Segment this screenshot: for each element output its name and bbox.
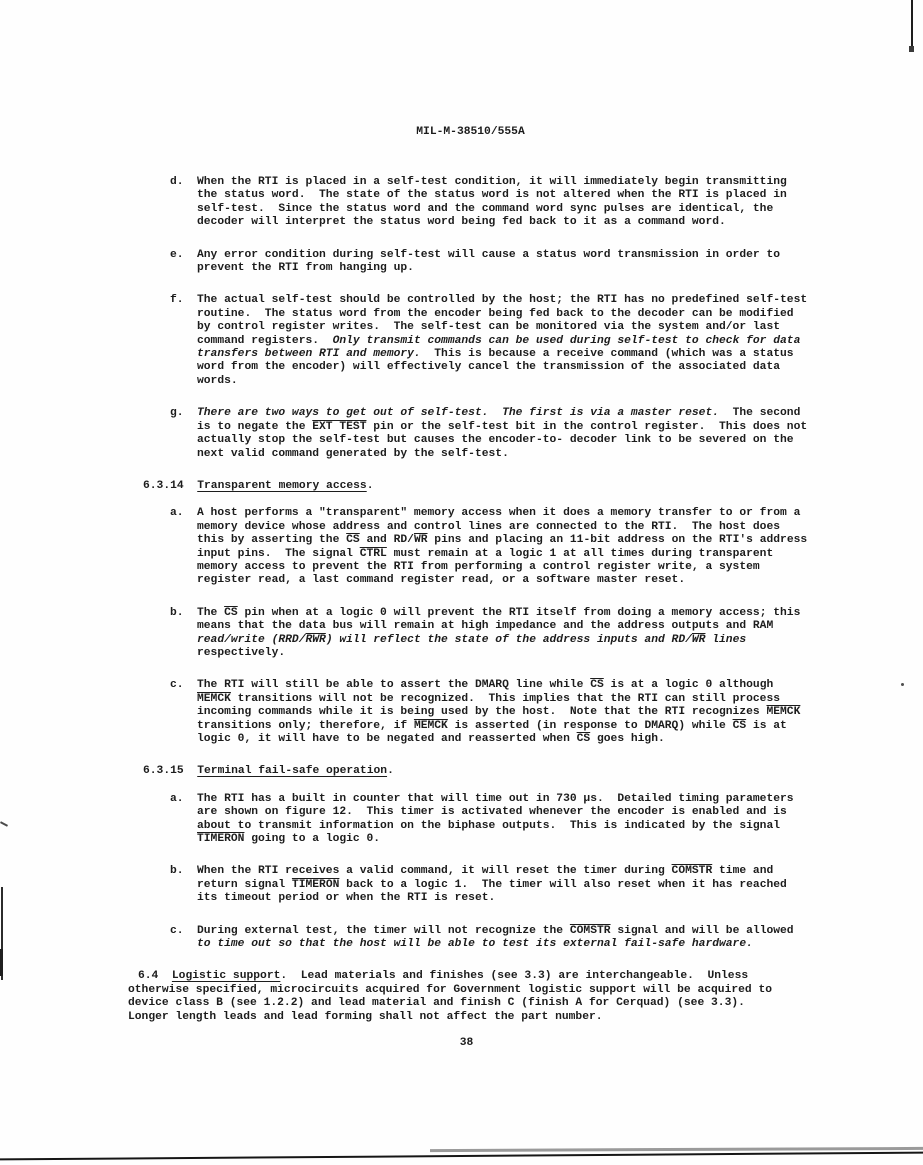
text-run: transitions will not be recognized. This… — [197, 693, 787, 718]
document-header: MIL-M-38510/555A — [0, 126, 923, 139]
list-item: d.When the RTI is placed in a self-test … — [170, 176, 809, 230]
section-heading: 6.3.15 Terminal fail-safe operation. — [143, 765, 828, 778]
text-run: and RD/ — [360, 534, 414, 546]
signal-name: MEMCK — [197, 693, 231, 705]
item-label: b. — [170, 865, 184, 878]
signal-name: WR — [414, 534, 428, 546]
text-run: When the RTI is placed in a self-test co… — [197, 176, 794, 228]
text-run: The RTI will still be able to assert the… — [197, 679, 590, 691]
text-run: Terminal fail-safe operation — [197, 765, 387, 777]
text-run: 6.3.14 — [143, 480, 197, 492]
signal-name: RWR — [305, 634, 325, 646]
page-number: 38 — [0, 1037, 923, 1050]
document-body: d.When the RTI is placed in a self-test … — [128, 176, 828, 1043]
text-run: ) will reflect the state of the address … — [326, 634, 692, 646]
text-run: . — [367, 480, 374, 492]
text-run: . — [387, 765, 394, 777]
list-item: b.When the RTI receives a valid command,… — [170, 865, 809, 905]
signal-name: MEMCK — [414, 720, 448, 732]
list-item: f.The actual self-test should be control… — [170, 294, 809, 388]
scan-artifact-top-right-blob — [909, 46, 914, 52]
text-run: 6.3.15 — [143, 765, 197, 777]
text-run: Logistic support — [172, 970, 280, 982]
scan-artifact-bottom-black-line — [0, 1152, 923, 1161]
text-run: 6.4 — [138, 970, 172, 982]
scan-artifact-left-tick — [0, 821, 8, 827]
signal-name: TIMERON — [292, 879, 339, 891]
signal-name: CTRL — [360, 548, 387, 560]
scanned-document-page: MIL-M-38510/555A d.When the RTI is place… — [0, 0, 923, 1165]
text-run: lines — [705, 634, 746, 646]
item-label: g. — [170, 407, 184, 420]
text-run: is at a logic 0 although — [604, 679, 780, 691]
scan-artifact-dot — [901, 683, 904, 686]
list-item: g.There are two ways to get out of self-… — [170, 407, 809, 461]
text-run: pin when at a logic 0 will prevent the R… — [197, 607, 807, 632]
text-run: going to a logic 0. — [244, 833, 380, 845]
signal-name: MEMCK — [766, 706, 800, 718]
text-run: When the RTI receives a valid command, i… — [197, 865, 672, 877]
text-run: to time out so that the host will be abl… — [197, 938, 753, 950]
item-label: a. — [170, 793, 184, 806]
list-item: c.During external test, the timer will n… — [170, 925, 809, 952]
list-item: b.The CS pin when at a logic 0 will prev… — [170, 607, 809, 661]
signal-name: COMSTR — [570, 925, 611, 937]
list-item: c.The RTI will still be able to assert t… — [170, 679, 809, 746]
signal-name: CS — [590, 679, 604, 691]
item-label: d. — [170, 176, 184, 189]
text-run: is asserted (in response to DMARQ) while — [448, 720, 733, 732]
section-heading: 6.3.14 Transparent memory access. — [143, 480, 828, 493]
signal-name: WR — [692, 634, 706, 646]
text-run: During external test, the timer will not… — [197, 925, 570, 937]
paragraph: 6.4 Logistic support. Lead materials and… — [128, 970, 774, 1024]
item-label: e. — [170, 249, 184, 262]
text-run: Any error condition during self-test wil… — [197, 249, 787, 274]
text-run: The RTI has a built in counter that will… — [197, 793, 800, 832]
signal-name: CS — [577, 733, 591, 745]
text-run: goes high. — [590, 733, 665, 745]
list-item: a.A host performs a "transparent" memory… — [170, 507, 809, 587]
signal-name: EXT TEST — [312, 421, 366, 433]
text-run: read/write (RRD/ — [197, 634, 305, 646]
item-label: c. — [170, 925, 184, 938]
signal-name: CS — [733, 720, 747, 732]
signal-name: TIMERON — [197, 833, 244, 845]
text-run: Transparent memory access — [197, 480, 366, 492]
signal-name: CS — [224, 607, 238, 619]
signal-name: COMSTR — [672, 865, 713, 877]
item-label: f. — [170, 294, 184, 307]
list-item: a.The RTI has a built in counter that wi… — [170, 793, 809, 847]
item-label: b. — [170, 607, 184, 620]
item-label: a. — [170, 507, 184, 520]
scan-artifact-top-right-line — [911, 0, 913, 49]
scan-artifact-left-line-dark — [0, 949, 3, 976]
signal-name: CS — [346, 534, 360, 546]
list-item: e.Any error condition during self-test w… — [170, 249, 809, 276]
item-label: c. — [170, 679, 184, 692]
text-run: signal and will be allowed — [611, 925, 801, 937]
text-run: The — [197, 607, 224, 619]
text-run: There are two ways to get out of self-te… — [197, 407, 719, 419]
